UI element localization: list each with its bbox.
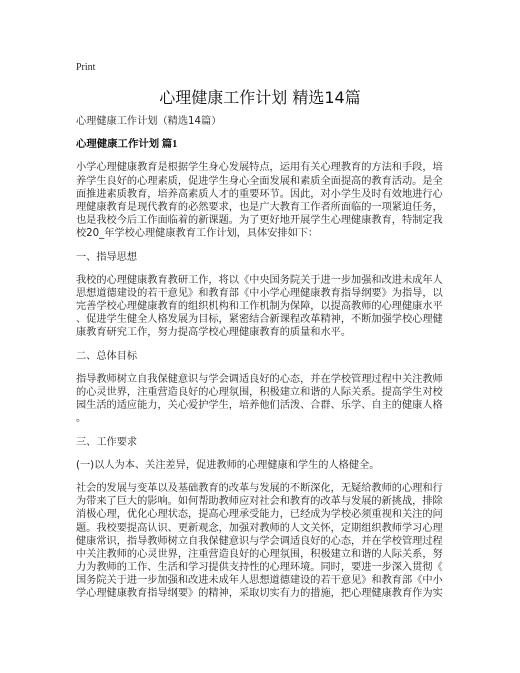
text-line: 指导教师树立自我保健意识与学会调适良好的心态，并在学校管理过程中关注教师 (76, 373, 448, 386)
heading-text: 二、总体目标 (76, 350, 448, 363)
text-line: 。 (76, 412, 448, 425)
text-line: 我校的心理健康教育教研工作，将以《中央国务院关于进一步加强和改进未成年人 (76, 274, 448, 287)
page-title: 心理健康工作计划 精选14篇 (76, 88, 444, 108)
section-heading: 心理健康工作计划 篇1 (76, 138, 448, 151)
text-line: 园生活的适应能力，关心爱护学生，培养他们活泼、合群、乐学、自主的健康人格 (76, 399, 448, 412)
text-line: 健康常识，指导教师树立自我保健意识与学会调适良好的心态，并在学校管理过程 (76, 535, 448, 548)
subheading-overall-goals: 二、总体目标 (76, 350, 448, 363)
text-line: 社会的发展与变革以及基础教育的改革与发展的不断深化，无疑给教师的心理和行 (76, 482, 448, 495)
text-line: 的心灵世界，注重营造良好的心理氛围，积极建立和谐的人际关系。提高学生对校 (76, 386, 448, 399)
text-line: 面推进素质教育，培养高素质人才的重要环节。因此，对小学生及时有效地进行心 (76, 188, 448, 201)
text-line: (一)以人为本、关注差异，促进教师的心理健康和学生的人格健全。 (76, 459, 448, 472)
text-line: 思想道德建设的若干意见》和教育部《中小学心理健康教育指导纲要》为指导，以 (76, 287, 448, 300)
text-line: 小学心理健康教育是根据学生身心发展特点，运用有关心理教育的方法和手段，培 (76, 161, 448, 174)
subheading-guiding-ideology: 一、指导思想 (76, 251, 448, 264)
text-line: 为带来了巨大的影响。如何帮助教师应对社会和教育的改革与发展的新挑战，排除 (76, 495, 448, 508)
intro-paragraph: 小学心理健康教育是根据学生身心发展特点，运用有关心理教育的方法和手段，培 养学生… (76, 161, 448, 240)
text-line: 力为教师的工作、生活和学习提供支持性的心理环境。同时，要进一步深入贯彻《 (76, 561, 448, 574)
document-content: Print 心理健康工作计划 精选14篇 心理健康工作计划（精选14篇） 心理健… (76, 62, 448, 611)
text-line: 消极心理，优化心理状态，提高心理承受能力，已经成为学校必须重视和关注的问 (76, 508, 448, 521)
overall-goals-paragraph: 指导教师树立自我保健意识与学会调适良好的心态，并在学校管理过程中关注教师 的心灵… (76, 373, 448, 426)
text-line: 康教育研究工作，努力提高学校心理健康教育的质量和水平。 (76, 326, 448, 339)
text-line: 、促进学生健全人格发展为目标，紧密结合新课程改革精神，不断加强学校心理健 (76, 313, 448, 326)
requirement-item-1: (一)以人为本、关注差异，促进教师的心理健康和学生的人格健全。 (76, 459, 448, 472)
text-line: 理健康教育是现代教育的必然要求，也是广大教育工作者所面临的一项紧迫任务， (76, 201, 448, 214)
text-line: 完善学校心理健康教育的组织机构和工作机制为保障，以提高教师的心理健康水平 (76, 300, 448, 313)
text-line: 中关注教师的心灵世界，注重营造良好的心理氛围，积极建立和谐的人际关系，努 (76, 548, 448, 561)
text-line: 国务院关于进一步加强和改进未成年人思想道德建设的若干意见》和教育部《中小 (76, 574, 448, 587)
text-line: 校20_年学校心理健康教育工作计划，具体安排如下： (76, 227, 448, 240)
text-line: 养学生良好的心理素质，促进学生身心全面发展和素质全面提高的教育活动。是全 (76, 175, 448, 188)
text-line: 题。我校要提高认识、更新观念，加强对教师的人文关怀，定期组织教师学习心理 (76, 522, 448, 535)
heading-text: 一、指导思想 (76, 251, 448, 264)
heading-text: 三、工作要求 (76, 436, 448, 449)
print-label: Print (76, 62, 448, 74)
text-line: 也是我校今后工作面临着的新课题。为了更好地开展学生心理健康教育，特制定我 (76, 214, 448, 227)
document-body: 小学心理健康教育是根据学生身心发展特点，运用有关心理教育的方法和手段，培 养学生… (76, 161, 448, 600)
subheading-work-requirements: 三、工作要求 (76, 436, 448, 449)
text-line: 学心理健康教育指导纲要》的精神，采取切实有力的措施，把心理健康教育作为实 (76, 587, 448, 600)
document-page: Print 心理健康工作计划 精选14篇 心理健康工作计划（精选14篇） 心理健… (0, 0, 520, 673)
guiding-ideology-paragraph: 我校的心理健康教育教研工作，将以《中央国务院关于进一步加强和改进未成年人 思想道… (76, 274, 448, 340)
requirement-detail-paragraph: 社会的发展与变革以及基础教育的改革与发展的不断深化，无疑给教师的心理和行 为带来… (76, 482, 448, 601)
document-subtitle: 心理健康工作计划（精选14篇） (76, 115, 448, 128)
